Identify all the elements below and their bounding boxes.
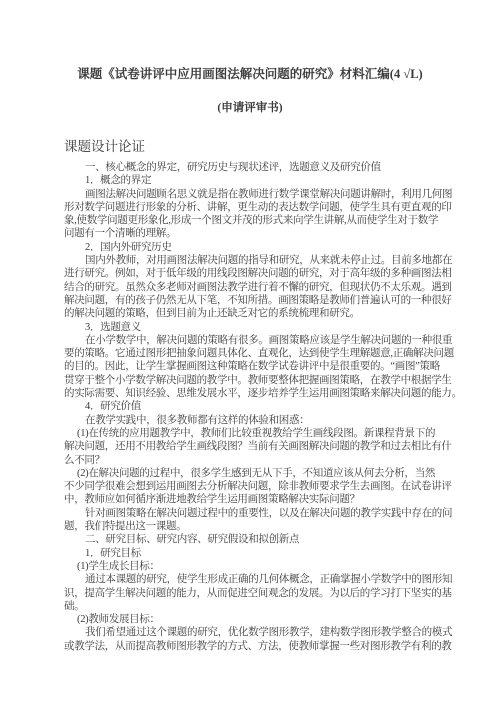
document-line: 2．国内外研究历史 bbox=[64, 241, 452, 254]
document-line: 我们希望通过这个课题的研究，优化数学图形教学，建构数学图形教学整合的模式 bbox=[64, 626, 452, 639]
document-line: 贯穿于整个小学数学解决问题的教学中。教师要整体把握画图策略，在教学中根据学生 bbox=[64, 374, 452, 387]
document-line: 通过本课题的研究，使学生形成正确的几何体概念，正确掌握小学数学中的图形知 bbox=[64, 573, 452, 586]
document-line: 3．选题意义 bbox=[64, 321, 452, 334]
document-line: 础。 bbox=[64, 600, 452, 613]
document-line: 进行研究。例如，对于低年级的用线段图解决问题的研究，对于高年级的多种画图法相 bbox=[64, 267, 452, 280]
document-line: 1．研究目标 bbox=[64, 547, 452, 560]
document-title: 课题《试卷讲评中应用画图法解决问题的研究》材料汇编(4 √L) bbox=[0, 0, 500, 82]
section-heading: 课题设计论证 bbox=[64, 135, 500, 155]
document-line: 象,使数学问题更形象化,形成一个图文并茂的形式来向学生讲解,从而使学生对于数学 bbox=[64, 214, 452, 227]
document-line: 结合的研究。虽然众多老师对画图法教学进行着不懈的研究，但现状仍不太乐观。遇到 bbox=[64, 281, 452, 294]
document-line: 针对画图策略在解决问题过程中的重要性，以及在解决问题的教学实践中存在的问 bbox=[64, 507, 452, 520]
document-line: 要的策略。它通过图形把抽象问题具体化、直观化，达到使学生理解题意,正确解决问题 bbox=[64, 347, 452, 360]
document-line: 的解决问题的策略，但到目前为止还缺乏对它的系统梳理和研究。 bbox=[64, 307, 452, 320]
document-line: (1)在传统的应用题教学中，教师们比较重视教给学生画线段图。新课程背景下的 bbox=[64, 427, 452, 440]
document-line: 识，提高学生解决问题的能力，从而促进空间观念的发展。为以后的学习打下坚实的基 bbox=[64, 587, 452, 600]
document-line: 1．概念的界定 bbox=[64, 174, 452, 187]
document-line: (2)教师发展目标： bbox=[64, 613, 452, 626]
document-line: 解决问题，还用不用教给学生画线段图？当前有关画图解决问题的教学和过去相比有什 bbox=[64, 440, 452, 453]
document-line: (1)学生成长目标： bbox=[64, 560, 452, 573]
document-line: 在教学实践中，很多教师都有这样的体验和困惑： bbox=[64, 414, 452, 427]
document-line: 不少同学很难会想到运用画图去分析解决问题，除非教师要求学生去画图。在试卷讲评 bbox=[64, 480, 452, 493]
document-line: 二、研究目标、研究内容、研究假设和拟创新点 bbox=[64, 533, 452, 546]
document-line: (2)在解决问题的过程中，很多学生感到无从下手，不知道应该从何去分析，当然 bbox=[64, 467, 452, 480]
document-line: 中，教师应如何循序渐进地教给学生运用画图策略解决实际问题？ bbox=[64, 493, 452, 506]
document-subtitle: (申请评审书) bbox=[0, 99, 500, 115]
document-line: 的实际需要、知识经验、思维发展水平，逐步培养学生运用画图策略来解决问题的能力。 bbox=[64, 387, 452, 400]
document-line: 画图法解决问题顾名思义就是指在教师进行数学课堂解决问题讲解时，利用几何图 bbox=[64, 188, 452, 201]
document-page: 课题《试卷讲评中应用画图法解决问题的研究》材料汇编(4 √L) (申请评审书) … bbox=[0, 0, 500, 707]
document-line: 问题有一个清晰的理解。 bbox=[64, 227, 452, 240]
document-line: 国内外教师，对用画图法解决问题的指导和研究，从来就未停止过。目前多地都在 bbox=[64, 254, 452, 267]
document-line: 么不同？ bbox=[64, 454, 452, 467]
document-body: 一、核心概念的界定，研究历史与现状述评，选题意义及研究价值1．概念的界定画图法解… bbox=[64, 161, 452, 653]
document-line: 或教学法，从而提高教师图形教学的方式、方法，使教师掌握一些对图形教学有利的教 bbox=[64, 640, 452, 653]
document-line: 4．研究价值 bbox=[64, 400, 452, 413]
document-line: 在小学数学中，解决问题的策略有很多。画图策略应该是学生解决问题的一种很重 bbox=[64, 334, 452, 347]
document-line: 题，我们特提出这一课题。 bbox=[64, 520, 452, 533]
document-line: 解决问题，有的孩子仍然无从下笔，不知所措。画图策略是教师们普遍认可的一种很好 bbox=[64, 294, 452, 307]
document-line: 一、核心概念的界定，研究历史与现状述评，选题意义及研究价值 bbox=[64, 161, 452, 174]
document-line: 形对数学问题进行形象的分析、讲解，更生动的表达数学问题，使学生具有更直观的印 bbox=[64, 201, 452, 214]
document-line: 的目的。因此，让学生掌握画图这种策略在数学试卷讲评中是很重要的。“画图”策略 bbox=[64, 360, 452, 373]
